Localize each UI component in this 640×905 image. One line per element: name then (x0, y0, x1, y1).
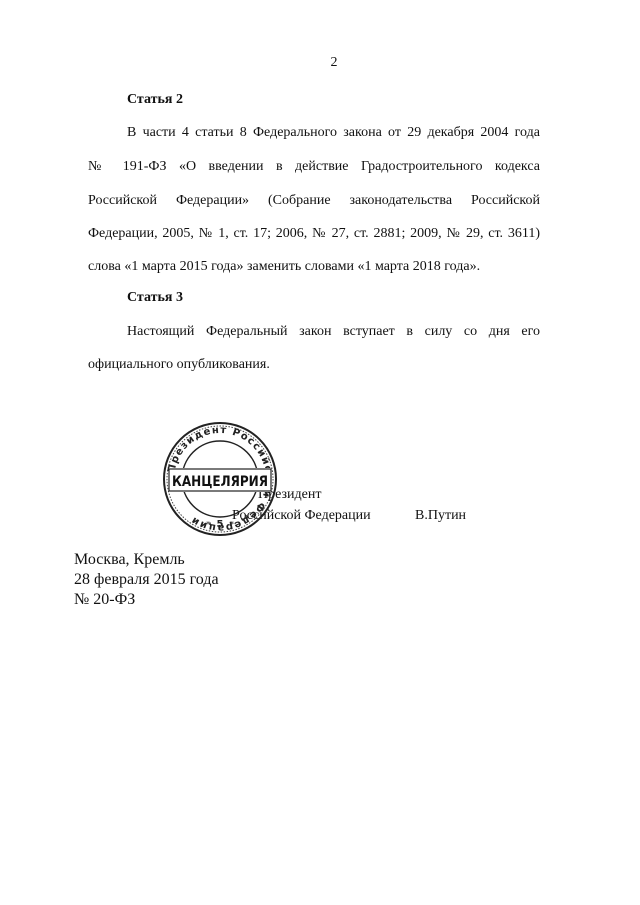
article-2-line-4: Федерации, 2005, № 1, ст. 17; 2006, № 27… (88, 225, 540, 243)
article-2-line-2: № 191-ФЗ «О введении в действие Градостр… (88, 158, 540, 176)
article-3-heading: Статья 3 (127, 290, 183, 306)
article-3-line-1: Настоящий Федеральный закон вступает в с… (127, 323, 540, 341)
stamp-seal-icon: Президент Российской Федерации КАНЦЕЛЯРИ… (161, 420, 279, 538)
article-2-line-1: В части 4 статьи 8 Федерального закона о… (127, 124, 540, 142)
page-number: 2 (0, 55, 640, 71)
article-2-line-3: Российской Федерации» (Собрание законода… (88, 192, 540, 210)
article-2-line-5: слова «1 марта 2015 года» заменить слова… (88, 258, 540, 276)
stamp-center-text: КАНЦЕЛЯРИЯ (172, 474, 268, 490)
law-number: № 20-ФЗ (74, 590, 219, 610)
article-2-heading: Статья 2 (127, 92, 183, 108)
place-date-block: Москва, Кремль 28 февраля 2015 года № 20… (74, 550, 219, 610)
place-location: Москва, Кремль (74, 550, 219, 570)
official-stamp: Президент Российской Федерации КАНЦЕЛЯРИ… (161, 420, 279, 538)
stamp-number: 5 (217, 519, 224, 530)
article-3-line-2: официального опубликования. (88, 356, 540, 374)
signature-name: В.Путин (415, 508, 466, 524)
svg-text:*: * (206, 520, 210, 529)
place-date: 28 февраля 2015 года (74, 570, 219, 590)
svg-text:*: * (230, 520, 234, 529)
